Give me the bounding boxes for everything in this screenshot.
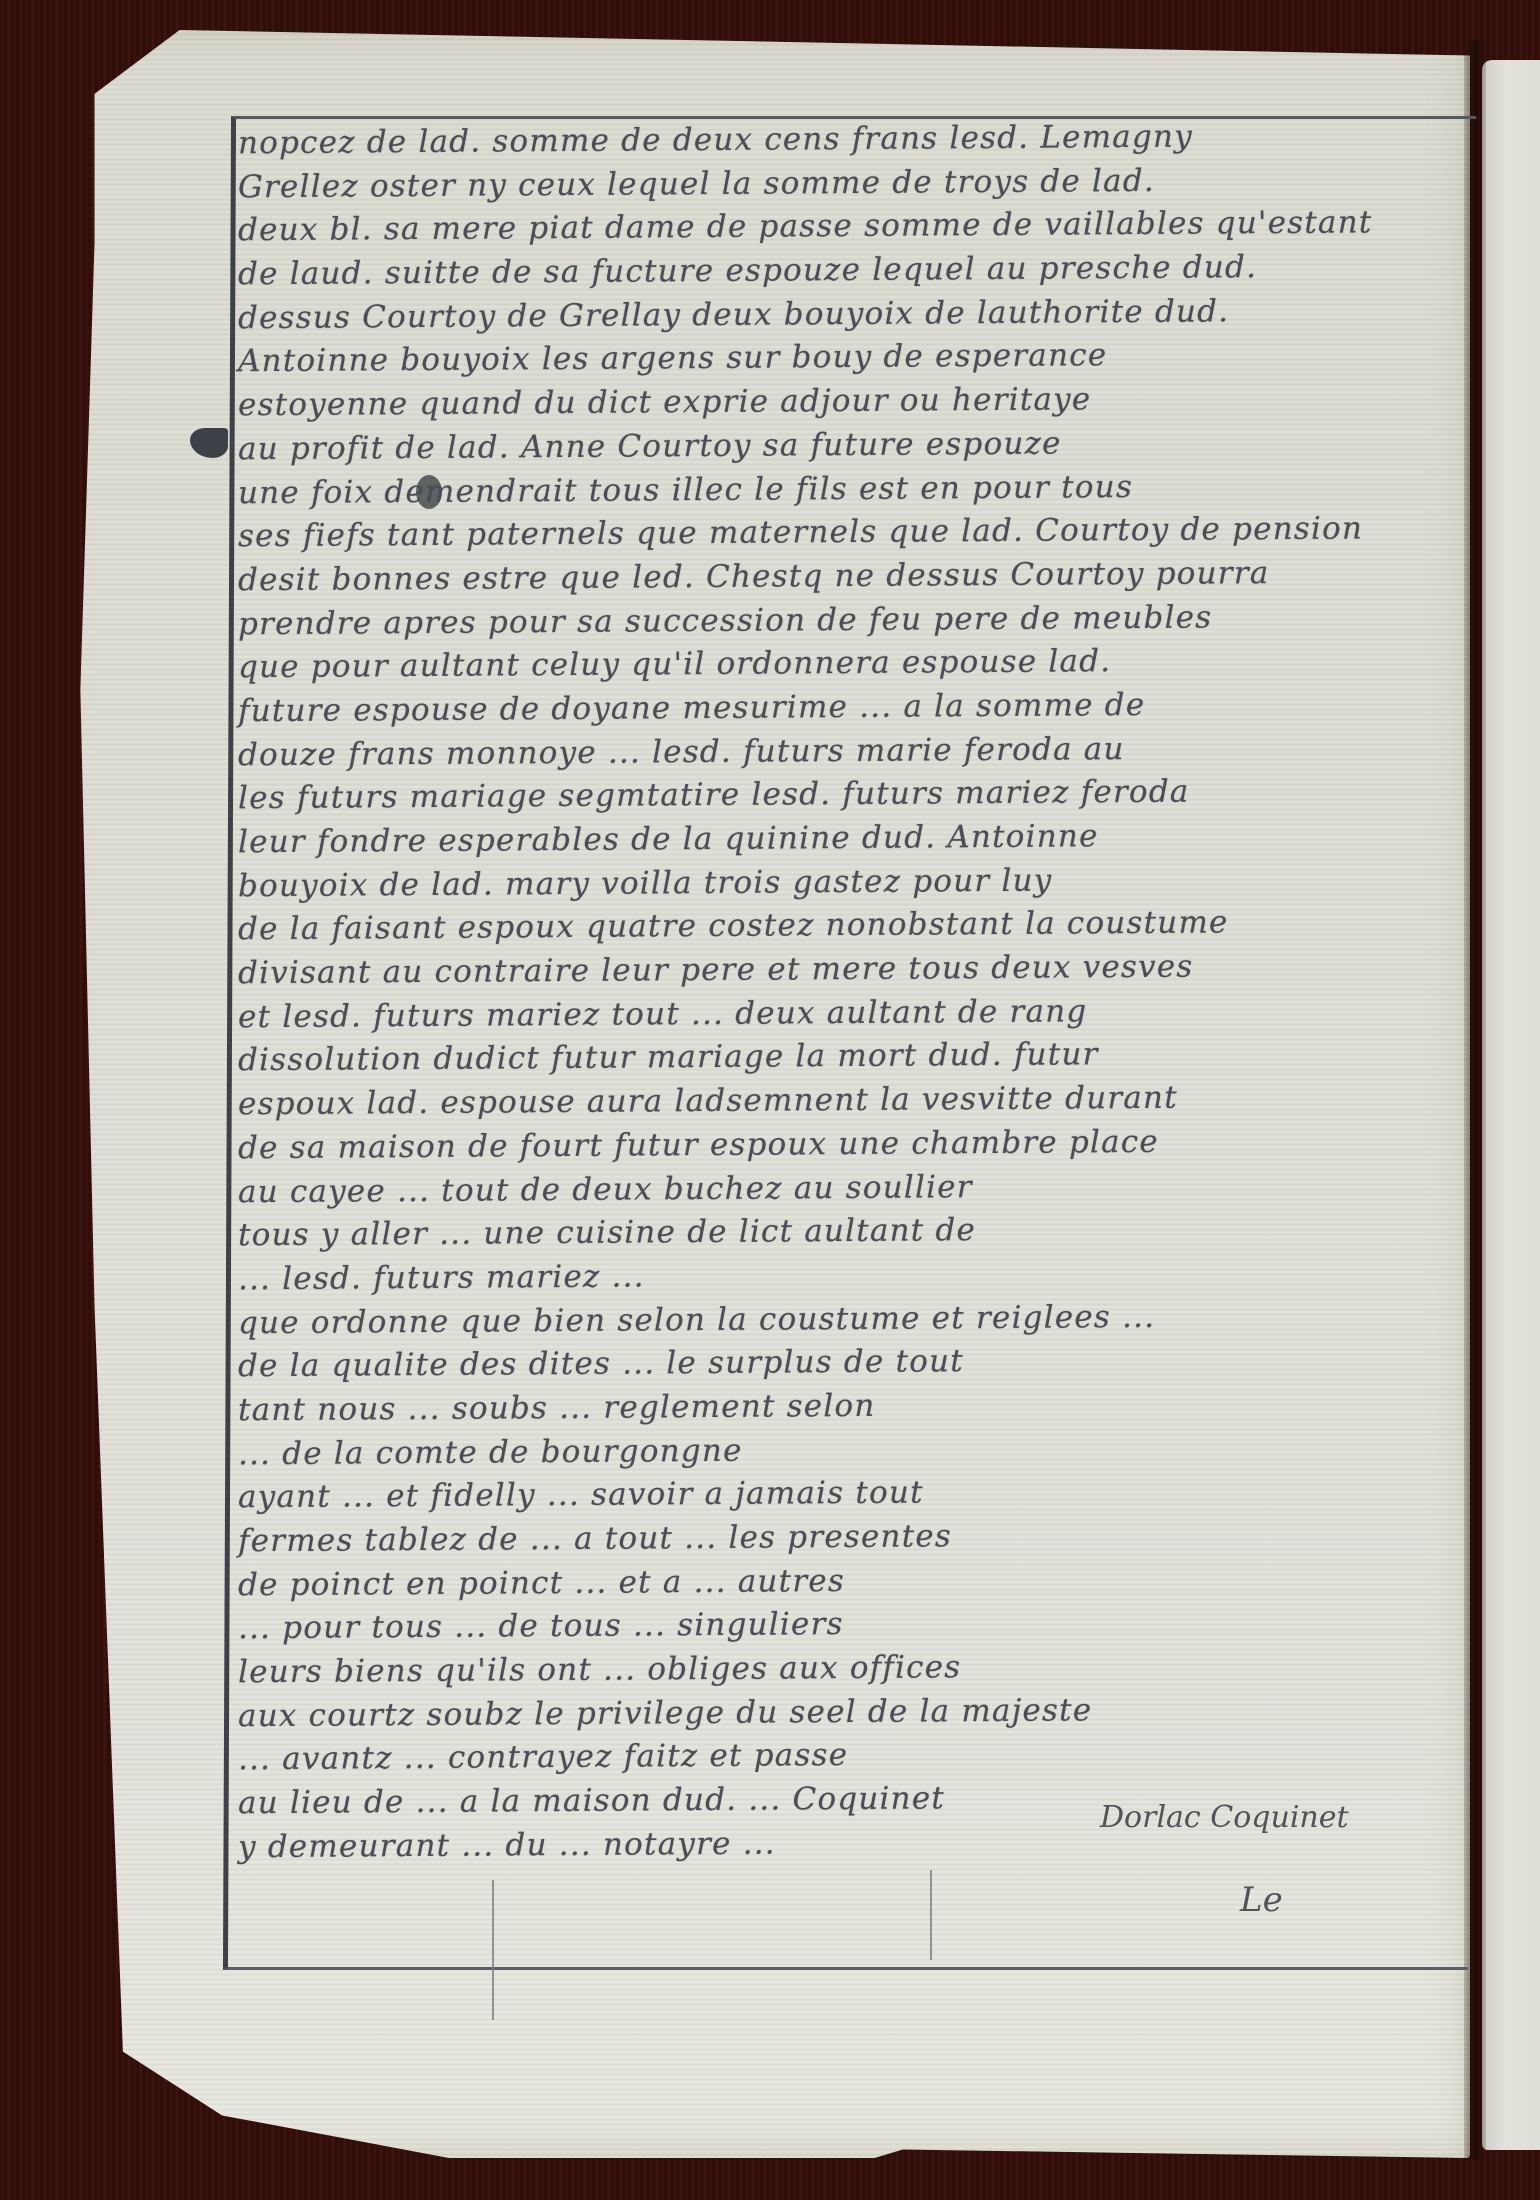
text-line: de sa maison de fourt futur espoux une c… bbox=[238, 1119, 1463, 1171]
notary-mark: Le bbox=[1240, 1880, 1283, 1920]
text-line: au profit de lad. Anne Courtoy sa future… bbox=[238, 420, 1463, 472]
pen-descender bbox=[492, 1880, 494, 2020]
pen-descender bbox=[930, 1870, 932, 1960]
manuscript-text: nopcez de lad. somme de deux cens frans … bbox=[238, 118, 1463, 1866]
signature: Dorlac Coquinet bbox=[1100, 1800, 1349, 1835]
adjacent-page bbox=[1482, 60, 1540, 2150]
